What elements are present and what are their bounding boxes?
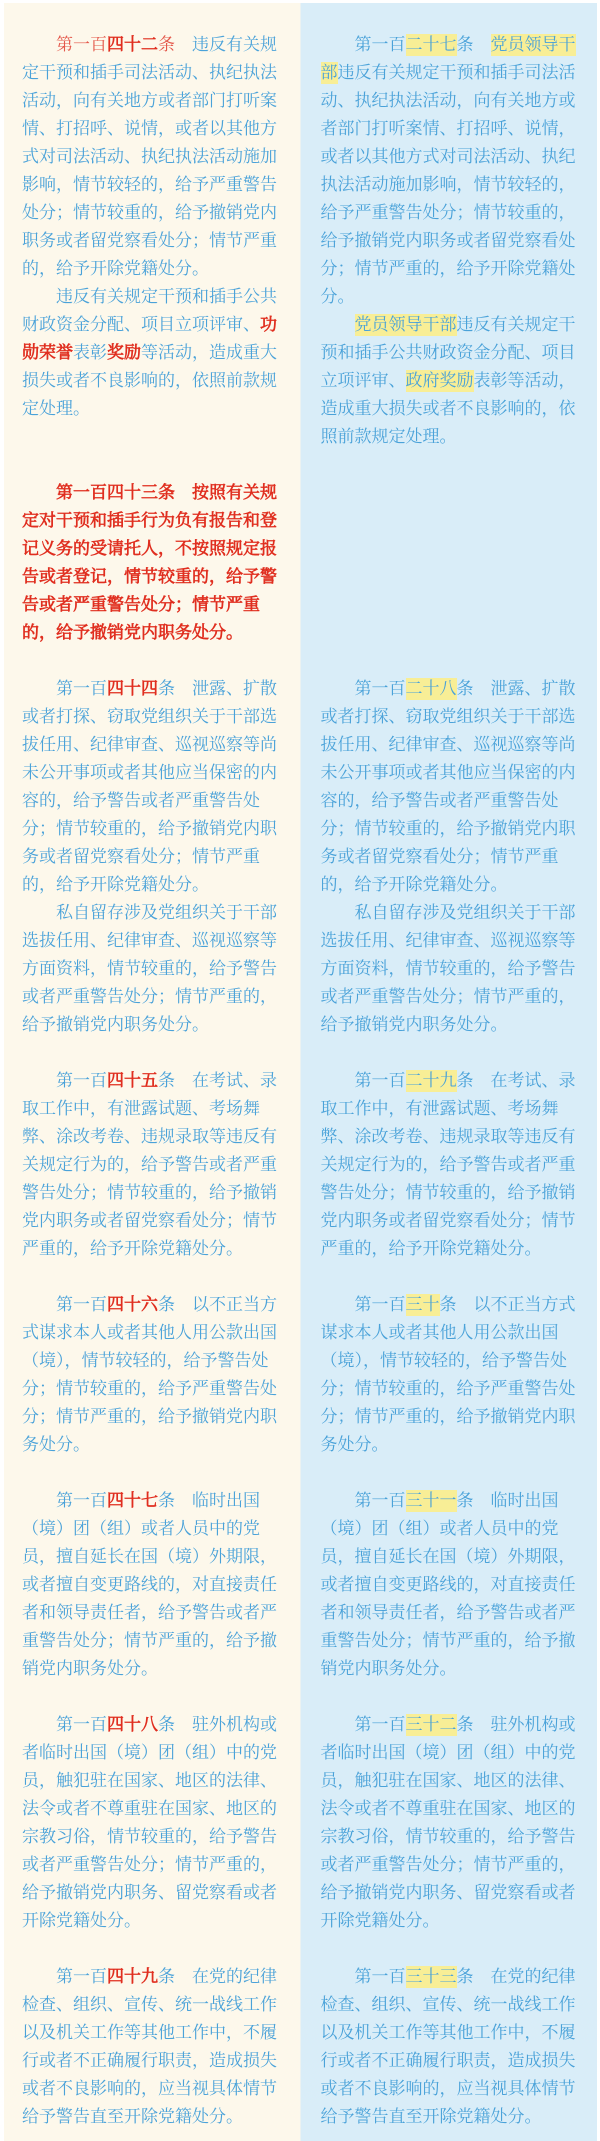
comparison-row: 第一百四十八条 驻外机构或者临时出国（境）团（组）中的党员，触犯驻在国家、地区的… <box>4 1683 597 1935</box>
body-text: 违反有关规定干预和插手司法活动、执纪执法活动，向有关地方或者部门打听案情、打招呼… <box>22 35 277 279</box>
new-version-column: 第一百三十条 以不正当方式谋求本人或者其他人用公款出国（境），情节较轻的，给予警… <box>301 1263 598 1459</box>
body-text: 违反有关规定干预和插手公共财政资金分配、项目立项评审、 <box>22 287 277 335</box>
new-version-column: 第一百三十一条 临时出国（境）团（组）或者人员中的党员，擅自延长在国（境）外期限… <box>301 1459 598 1683</box>
deleted-text: 四十八 <box>107 1715 158 1735</box>
old-version-column: 第一百四十六条 以不正当方式谋求本人或者其他人用公款出国（境），情节较轻的，给予… <box>4 1263 301 1459</box>
added-text: 三十三 <box>406 1966 457 1988</box>
deleted-text: 四十七 <box>107 1491 158 1511</box>
new-article-132: 第一百三十二条 驻外机构或者临时出国（境）团（组）中的党员，触犯驻在国家、地区的… <box>321 1683 584 1935</box>
old-article-147: 第一百四十七条 临时出国（境）团（组）或者人员中的党员，擅自延长在国（境）外期限… <box>22 1459 285 1683</box>
body-text: 条 以不正当方式谋求本人或者其他人用公款出国（境），情节较轻的，给予警告处分；情… <box>22 1295 277 1455</box>
added-text: 政府奖励 <box>406 370 474 392</box>
added-text: 二十八 <box>406 678 457 700</box>
regulation-comparison-document: 第一百四十二条 违反有关规定干预和插手司法活动、执纪执法活动，向有关地方或者部门… <box>4 3 597 2141</box>
body-text: 第一百 <box>56 1491 107 1511</box>
added-text: 三十二 <box>406 1714 457 1736</box>
added-text: 二十九 <box>406 1070 457 1092</box>
old-version-column: 第一百四十五条 在考试、录取工作中，有泄露试题、考场舞弊、涂改考卷、违规录取等违… <box>4 1039 301 1263</box>
old-version-column: 第一百四十四条 泄露、扩散或者打探、窃取党组织关于干部选拔任用、纪律审查、巡视巡… <box>4 647 301 1039</box>
body-text: 违反有关规定干预和插手司法活动、执纪执法活动，向有关地方或者部门打听案情、打招呼… <box>321 63 576 307</box>
old-article-144-main: 第一百四十四条 泄露、扩散或者打探、窃取党组织关于干部选拔任用、纪律审查、巡视巡… <box>22 647 285 899</box>
new-article-127-clause-2: 党员领导干部违反有关规定干预和插手公共财政资金分配、项目立项评审、政府奖励表彰等… <box>321 311 584 451</box>
body-text: 条 驻外机构或者临时出国（境）团（组）中的党员，触犯驻在国家、地区的法律、法令或… <box>321 1715 576 1931</box>
new-article-131: 第一百三十一条 临时出国（境）团（组）或者人员中的党员，擅自延长在国（境）外期限… <box>321 1459 584 1683</box>
old-version-column: 第一百四十九条 在党的纪律检查、组织、宣传、统一战线工作以及机关工作等其他工作中… <box>4 1935 301 2141</box>
old-article-143-deleted: 第一百四十三条 按照有关规定对干预和插手行为负有报告和登记义务的受请托人，不按照… <box>22 451 285 647</box>
old-article-146: 第一百四十六条 以不正当方式谋求本人或者其他人用公款出国（境），情节较轻的，给予… <box>22 1263 285 1459</box>
body-text: 第一百 <box>56 679 107 699</box>
body-text: 条 在党的纪律检查、组织、宣传、统一战线工作以及机关工作等其他工作中，不履行或者… <box>321 1967 576 2127</box>
new-article-128-clause-2: 私自留存涉及党组织关于干部选拔任用、纪律审查、巡视巡察等方面资料，情节较重的，给… <box>321 899 584 1039</box>
body-text: 条 泄露、扩散或者打探、窃取党组织关于干部选拔任用、纪律审查、巡视巡察等尚未公开… <box>22 679 277 895</box>
new-version-column: 第一百二十九条 在考试、录取工作中，有泄露试题、考场舞弊、涂改考卷、违规录取等违… <box>301 1039 598 1263</box>
old-article-148: 第一百四十八条 驻外机构或者临时出国（境）团（组）中的党员，触犯驻在国家、地区的… <box>22 1683 285 1935</box>
comparison-rows: 第一百四十二条 违反有关规定干预和插手司法活动、执纪执法活动，向有关地方或者部门… <box>4 3 597 2141</box>
old-version-column: 第一百四十三条 按照有关规定对干预和插手行为负有报告和登记义务的受请托人，不按照… <box>4 451 301 647</box>
body-text: 条 在考试、录取工作中，有泄露试题、考场舞弊、涂改考卷、违规录取等违反有关规定行… <box>22 1071 277 1259</box>
body-text: 第一百 <box>355 679 406 699</box>
body-text: 第一百 <box>56 1071 107 1091</box>
body-text: 条 临时出国（境）团（组）或者人员中的党员，擅自延长在国（境）外期限，或者擅自变… <box>321 1491 576 1679</box>
body-text: 条 在考试、录取工作中，有泄露试题、考场舞弊、涂改考卷、违规录取等违反有关规定行… <box>321 1071 576 1259</box>
new-version-column: 第一百二十八条 泄露、扩散或者打探、窃取党组织关于干部选拔任用、纪律审查、巡视巡… <box>301 647 598 1039</box>
deleted-text: 四十四 <box>107 679 158 699</box>
body-text: 条 <box>457 35 491 55</box>
body-text: 第一百 <box>355 1967 406 1987</box>
body-text: 第一百 <box>56 1295 107 1315</box>
deleted-text: 第一百四十三条 按照有关规定对干预和插手行为负有报告和登记义务的受请托人，不按照… <box>22 483 277 643</box>
old-article-142-clause-2: 违反有关规定干预和插手公共财政资金分配、项目立项评审、功勋荣誉表彰奖励等活动，造… <box>22 283 285 423</box>
body-text: 第一百 <box>355 1491 406 1511</box>
body-text: 第一百 <box>56 1967 107 1987</box>
body-text: 第一百 <box>355 1715 406 1735</box>
comparison-row: 第一百四十六条 以不正当方式谋求本人或者其他人用公款出国（境），情节较轻的，给予… <box>4 1263 597 1459</box>
body-text: 条 以不正当方式谋求本人或者其他人用公款出国（境），情节较轻的，给予警告处分；情… <box>321 1295 576 1455</box>
old-version-column: 第一百四十八条 驻外机构或者临时出国（境）团（组）中的党员，触犯驻在国家、地区的… <box>4 1683 301 1935</box>
body-text: 第一百 <box>355 1295 406 1315</box>
body-text: 私自留存涉及党组织关于干部选拔任用、纪律审查、巡视巡察等方面资料，情节较重的，给… <box>22 903 277 1035</box>
new-article-127-main: 第一百二十七条 党员领导干部违反有关规定干预和插手司法活动、执纪执法活动，向有关… <box>321 3 584 311</box>
comparison-row: 第一百四十三条 按照有关规定对干预和插手行为负有报告和登记义务的受请托人，不按照… <box>4 451 597 647</box>
added-text: 党员领导干部 <box>355 314 457 336</box>
comparison-row: 第一百四十二条 违反有关规定干预和插手司法活动、执纪执法活动，向有关地方或者部门… <box>4 3 597 451</box>
added-text: 二十七 <box>406 34 457 56</box>
comparison-row: 第一百四十五条 在考试、录取工作中，有泄露试题、考场舞弊、涂改考卷、违规录取等违… <box>4 1039 597 1263</box>
body-text: 表彰 <box>73 343 107 363</box>
old-version-column: 第一百四十七条 临时出国（境）团（组）或者人员中的党员，擅自延长在国（境）外期限… <box>4 1459 301 1683</box>
old-version-column: 第一百四十二条 违反有关规定干预和插手司法活动、执纪执法活动，向有关地方或者部门… <box>4 3 301 451</box>
new-article-133: 第一百三十三条 在党的纪律检查、组织、宣传、统一战线工作以及机关工作等其他工作中… <box>321 1935 584 2131</box>
body-text: 条 在党的纪律检查、组织、宣传、统一战线工作以及机关工作等其他工作中，不履行或者… <box>22 1967 277 2127</box>
new-article-129: 第一百二十九条 在考试、录取工作中，有泄露试题、考场舞弊、涂改考卷、违规录取等违… <box>321 1039 584 1263</box>
deleted-text: 奖励 <box>107 343 141 363</box>
new-version-column <box>301 451 598 647</box>
deleted-text: 四十六 <box>107 1295 158 1315</box>
old-article-number: 条 <box>158 35 175 55</box>
new-article-130: 第一百三十条 以不正当方式谋求本人或者其他人用公款出国（境），情节较轻的，给予警… <box>321 1263 584 1459</box>
new-version-column: 第一百二十七条 党员领导干部违反有关规定干预和插手司法活动、执纪执法活动，向有关… <box>301 3 598 451</box>
deleted-text: 四十九 <box>107 1967 158 1987</box>
body-text: 条 临时出国（境）团（组）或者人员中的党员，擅自延长在国（境）外期限，或者擅自变… <box>22 1491 277 1679</box>
new-version-column: 第一百三十三条 在党的纪律检查、组织、宣传、统一战线工作以及机关工作等其他工作中… <box>301 1935 598 2141</box>
comparison-row: 第一百四十九条 在党的纪律检查、组织、宣传、统一战线工作以及机关工作等其他工作中… <box>4 1935 597 2141</box>
old-article-number: 第一百 <box>56 35 107 55</box>
added-text: 三十 <box>406 1294 440 1316</box>
body-text: 条 泄露、扩散或者打探、窃取党组织关于干部选拔任用、纪律审查、巡视巡察等尚未公开… <box>321 679 576 895</box>
deleted-text: 四十二 <box>107 35 158 55</box>
body-text: 私自留存涉及党组织关于干部选拔任用、纪律审查、巡视巡察等方面资料，情节较重的，给… <box>321 903 576 1035</box>
old-article-142-main: 第一百四十二条 违反有关规定干预和插手司法活动、执纪执法活动，向有关地方或者部门… <box>22 3 285 283</box>
added-text: 三十一 <box>406 1490 457 1512</box>
old-article-144-clause-2: 私自留存涉及党组织关于干部选拔任用、纪律审查、巡视巡察等方面资料，情节较重的，给… <box>22 899 285 1039</box>
comparison-row: 第一百四十七条 临时出国（境）团（组）或者人员中的党员，擅自延长在国（境）外期限… <box>4 1459 597 1683</box>
new-article-128-main: 第一百二十八条 泄露、扩散或者打探、窃取党组织关于干部选拔任用、纪律审查、巡视巡… <box>321 647 584 899</box>
body-text: 第一百 <box>355 35 406 55</box>
new-version-column: 第一百三十二条 驻外机构或者临时出国（境）团（组）中的党员，触犯驻在国家、地区的… <box>301 1683 598 1935</box>
body-text: 条 驻外机构或者临时出国（境）团（组）中的党员，触犯驻在国家、地区的法律、法令或… <box>22 1715 277 1931</box>
deleted-text: 四十五 <box>107 1071 158 1091</box>
old-article-145: 第一百四十五条 在考试、录取工作中，有泄露试题、考场舞弊、涂改考卷、违规录取等违… <box>22 1039 285 1263</box>
old-article-149: 第一百四十九条 在党的纪律检查、组织、宣传、统一战线工作以及机关工作等其他工作中… <box>22 1935 285 2131</box>
comparison-row: 第一百四十四条 泄露、扩散或者打探、窃取党组织关于干部选拔任用、纪律审查、巡视巡… <box>4 647 597 1039</box>
body-text: 第一百 <box>355 1071 406 1091</box>
body-text: 第一百 <box>56 1715 107 1735</box>
